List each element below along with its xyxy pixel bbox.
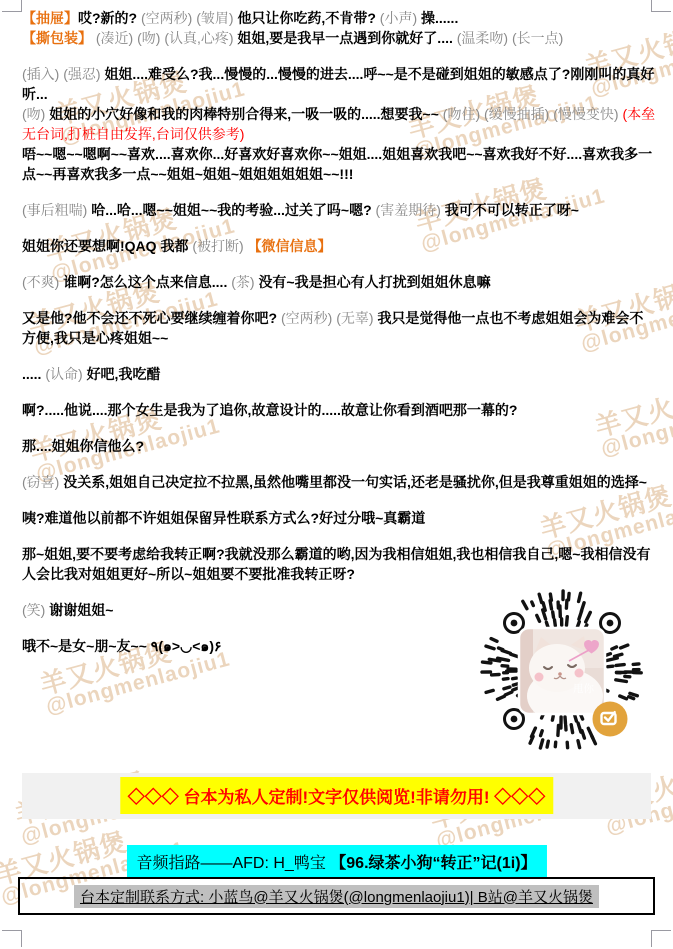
contact-info: 台本定制联系方式: 小蓝鸟@羊又火锅煲(@longmenlaojiu1)| B站… — [74, 885, 599, 908]
action-tag: 【微信信息】 — [248, 238, 332, 254]
dialogue-text: 操...... — [421, 10, 458, 26]
page-corner-mark — [651, 0, 671, 12]
dialogue-text: 谁啊?怎么这个点来信息.... — [63, 274, 231, 290]
dialogue-text: 姐姐,要是我早一点遇到你就好了.... — [237, 30, 456, 46]
dialogue-text: 姐姐的小穴好像和我的肉棒特别合得来,一吸一吸的.....想要我~~ — [49, 106, 443, 122]
script-paragraph: (吻) 姐姐的小穴好像和我的肉棒特别合得来,一吸一吸的.....想要我~~ (吻… — [22, 104, 657, 144]
qr-eye-nw — [505, 614, 524, 633]
stage-direction: (温柔吻) (长一点) — [457, 30, 564, 46]
photo-overlay-text: 甩你 — [573, 682, 594, 695]
stage-direction: (凑近) (吻) (认真,心疼) — [92, 30, 237, 46]
script-paragraph: 【撕包装】 (凑近) (吻) (认真,心疼) 姐姐,要是我早一点遇到你就好了..… — [22, 28, 657, 48]
stage-direction: (吻住) (缓慢抽插) (慢慢变快) — [443, 106, 623, 122]
stage-direction: (笑) — [22, 602, 49, 618]
dialogue-text: 哈...哈...嗯~~姐姐~~我的考验...过关了吗~嗯? — [91, 202, 375, 218]
qr-center-cat-photo — [519, 628, 605, 723]
dialogue-text: 那~姐姐,要不要考虑给我转正啊?我就没那么霸道的哟,因为我相信姐姐,我也相信我自… — [22, 546, 650, 582]
dialogue-text: 唔~~嗯~~嗯啊~~喜欢....喜欢你...好喜欢好喜欢你~~姐姐....姐姐喜… — [22, 146, 652, 182]
dialogue-text: 哦不~是女~朋~友~~ ٩(๑>◡<๑)۶ — [22, 638, 222, 654]
qr-eye-ne — [601, 614, 620, 633]
script-paragraph: 姐姐你还要想啊!QAQ 我都 (被打断) 【微信信息】 — [22, 236, 657, 256]
dialogue-text: 咦?难道他以前都不许姐姐保留异性联系方式么?好过分哦~真霸道 — [22, 510, 425, 526]
script-paragraph: 啊?.....他说....那个女生是我为了追你,故意设计的.....故意让你看到… — [22, 400, 657, 420]
dialogue-text: 谢谢姐姐~ — [49, 602, 113, 618]
script-paragraph: 唔~~嗯~~嗯啊~~喜欢....喜欢你...好喜欢好喜欢你~~姐姐....姐姐喜… — [22, 144, 657, 184]
stage-direction: (吻) — [22, 106, 49, 122]
dialogue-text: 又是他?他不会还不死心要继续缠着你吧? — [22, 310, 281, 326]
page-corner-mark — [2, 0, 22, 12]
dialogue-text: 好吧,我吃醋 — [87, 366, 161, 382]
dialogue-text: 没关系,姐姐自己决定拉不拉黑,虽然他嘴里都没一句实话,还老是骚扰你,但是我尊重姐… — [63, 474, 647, 490]
stage-direction: (事后粗喘) — [22, 202, 91, 218]
contact-footer-box: 台本定制联系方式: 小蓝鸟@羊又火锅煲(@longmenlaojiu1)| B站… — [18, 877, 655, 915]
stage-direction: (插入) (强忍) — [22, 66, 104, 82]
script-body: 【抽屉】哎?新的? (空两秒) (皱眉) 他只让你吃药,不肯带? (小声) 操.… — [22, 8, 657, 656]
audio-guide-banner: 音频指路——AFD: H_鸭宝 【96.绿茶小狗“转正”记(1i)】 — [126, 845, 546, 878]
like-badge-icon — [593, 702, 628, 737]
stage-direction: (认命) — [45, 366, 86, 382]
script-paragraph: 又是他?他不会还不死心要继续缠着你吧? (空两秒) (无辜) 我只是觉得他一点也… — [22, 308, 657, 348]
stage-direction: (不爽) — [22, 274, 63, 290]
dialogue-text: ..... — [22, 366, 45, 382]
script-paragraph: 咦?难道他以前都不许姐姐保留异性联系方式么?好过分哦~真霸道 — [22, 508, 657, 528]
script-paragraph: ..... (认命) 好吧,我吃醋 — [22, 364, 657, 384]
qr-code: 甩你 — [477, 586, 647, 756]
stage-direction: (被打断) — [192, 238, 247, 254]
dialogue-text: 那....姐姐你信他么? — [22, 438, 144, 454]
stage-direction: (小声) — [380, 10, 421, 26]
stage-direction: (空两秒) (皱眉) — [141, 10, 237, 26]
private-use-notice: ◇◇◇ 台本为私人定制!文字仅供阅览!非请勿用! ◇◇◇ — [120, 777, 553, 814]
qr-eye-sw — [505, 710, 524, 729]
audio-title: 【96.绿茶小狗“转正”记(1i)】 — [330, 855, 536, 872]
script-paragraph: (事后粗喘) 哈...哈...嗯~~姐姐~~我的考验...过关了吗~嗯? (害羞… — [22, 200, 657, 220]
script-paragraph: (插入) (强忍) 姐姐....难受么?我...慢慢的...慢慢的进去....呼… — [22, 64, 657, 104]
dialogue-text: 姐姐....难受么?我...慢慢的...慢慢的进去....呼~~是不是碰到姐姐的… — [22, 66, 654, 102]
script-paragraph: 【抽屉】哎?新的? (空两秒) (皱眉) 他只让你吃药,不肯带? (小声) 操.… — [22, 8, 657, 28]
dialogue-text: 我可不可以转正了呀~ — [445, 202, 579, 218]
script-paragraph: (窃喜) 没关系,姐姐自己决定拉不拉黑,虽然他嘴里都没一句实话,还老是骚扰你,但… — [22, 472, 657, 492]
dialogue-text: 啊?.....他说....那个女生是我为了追你,故意设计的.....故意让你看到… — [22, 402, 517, 418]
page-corner-mark — [2, 930, 22, 947]
script-paragraph: 那~姐姐,要不要考虑给我转正啊?我就没那么霸道的哟,因为我相信姐姐,我也相信我自… — [22, 544, 657, 584]
document-page: 羊又火锅煲@longmenlaojiu1羊又火锅煲@longmenlaojiu1… — [0, 0, 673, 949]
script-paragraph: (不爽) 谁啊?怎么这个点来信息.... (茶) 没有~我是担心有人打扰到姐姐休… — [22, 272, 657, 292]
audio-guide-prefix: 音频指路——AFD: H_鸭宝 — [136, 855, 330, 872]
action-tag: 【抽屉】 — [22, 10, 78, 26]
page-corner-mark — [651, 930, 671, 947]
dialogue-text: 没有~我是担心有人打扰到姐姐休息嘛 — [258, 274, 490, 290]
stage-direction: (窃喜) — [22, 474, 63, 490]
dialogue-text: 他只让你吃药,不肯带? — [237, 10, 379, 26]
dialogue-text: 姐姐你还要想啊!QAQ 我都 — [22, 238, 192, 254]
action-tag: 【撕包装】 — [22, 30, 92, 46]
stage-direction: (空两秒) (无辜) — [281, 310, 377, 326]
stage-direction: (害羞期待) — [376, 202, 445, 218]
script-paragraph: 那....姐姐你信他么? — [22, 436, 657, 456]
dialogue-text: 哎?新的? — [78, 10, 141, 26]
stage-direction: (茶) — [231, 274, 258, 290]
